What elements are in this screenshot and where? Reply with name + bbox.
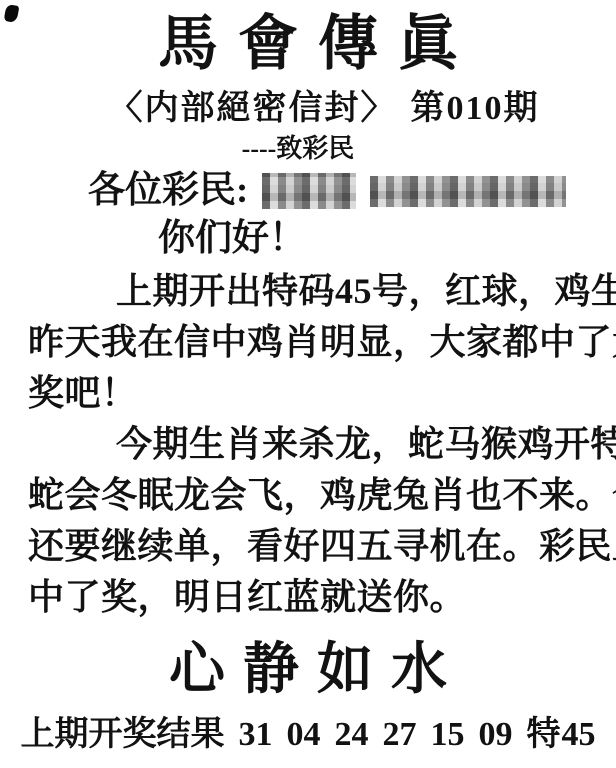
salutation-text: 各位彩民:: [88, 170, 248, 211]
results-label: 上期开奖结果: [21, 716, 225, 753]
results-line: 上期开奖结果310424271509特45: [0, 714, 616, 756]
redacted-name-block: [262, 173, 356, 209]
result-number: 24: [335, 716, 369, 753]
result-number: 09: [479, 716, 513, 753]
body-line: 奖吧！: [28, 368, 594, 419]
document-title: 馬會傳眞: [0, 10, 616, 78]
body-line: 昨天我在信中鸡肖明显，大家都中了大: [28, 317, 594, 368]
special-number: 45: [562, 716, 596, 753]
special-number-label: 特: [527, 716, 561, 753]
greeting-text: 你们好！: [158, 218, 306, 260]
redacted-contact-block: [370, 176, 566, 207]
letter-body: 上期开出特码45号，红球，鸡生肖。 昨天我在信中鸡肖明显，大家都中了大 奖吧！ …: [28, 266, 594, 623]
envelope-label: 〈内部絕密信封〉: [109, 90, 397, 127]
body-line: 今期生肖来杀龙，蛇马猴鸡开特肖。: [28, 419, 594, 470]
result-number: 31: [239, 716, 273, 753]
result-number: 04: [287, 716, 321, 753]
issue-number: 第010期: [411, 90, 540, 127]
document-subtitle: 〈内部絕密信封〉第010期: [16, 88, 616, 130]
body-line: 上期开出特码45号，红球，鸡生肖。: [28, 266, 594, 317]
dedication-line: ----致彩民: [0, 134, 606, 164]
body-line: 中了奖，明日红蓝就送你。: [28, 572, 594, 623]
result-number: 15: [431, 716, 465, 753]
result-number: 27: [383, 716, 417, 753]
fax-letter-page: 馬會傳眞 〈内部絕密信封〉第010期 ----致彩民 各位彩民: 你们好！ 上期…: [0, 0, 616, 768]
body-line: 还要继续单，看好四五寻机在。彩民上期: [28, 521, 594, 572]
motto-text: 心静如水: [0, 638, 616, 702]
body-line: 蛇会冬眠龙会飞，鸡虎兔肖也不来。合数: [28, 470, 594, 521]
salutation-row: 各位彩民:: [88, 170, 566, 212]
